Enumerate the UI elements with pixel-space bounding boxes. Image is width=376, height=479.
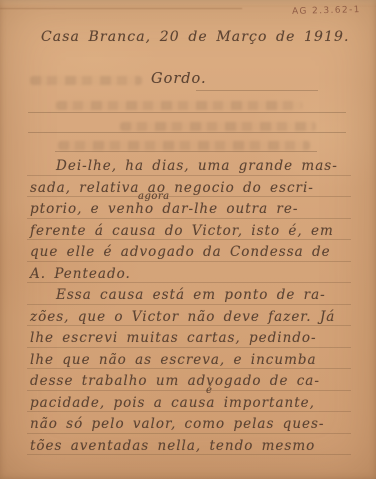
ruled-line: [28, 132, 346, 133]
erased-text-smudge: [120, 122, 316, 131]
handwritten-line: tões aventadas nella, tendo mesmo: [30, 436, 349, 458]
handwritten-line: desse trabalho um advogado de ca-: [30, 371, 349, 393]
handwritten-line: que elle é advogado da Condessa de: [30, 242, 349, 264]
line-text: Dei-lhe, ha dias, uma grande mas-: [56, 158, 338, 174]
handwritten-line: Dei-lhe, ha dias, uma grande mas-: [30, 156, 349, 178]
line-text: zões, que o Victor não deve fazer. Já: [30, 309, 335, 325]
archive-reference-annotation: AG 2.3.62-1: [292, 5, 361, 17]
handwritten-line: lhe que não as escreva, e incumba: [30, 350, 349, 372]
handwritten-letter-page: AG 2.3.62-1 Casa Branca, 20 de Março de …: [0, 0, 376, 479]
line-text: Essa causa está em ponto de ra-: [56, 287, 326, 303]
erased-text-smudge: [58, 141, 310, 150]
erased-text-smudge: [30, 76, 142, 85]
line-text: que elle é advogado da Condessa de: [30, 244, 331, 260]
interline-insertion-e: é: [206, 386, 212, 396]
handwritten-line: ferente á causa do Victor, isto é, em: [30, 221, 349, 243]
line-text: pacidade, pois a causa importante,: [30, 395, 315, 411]
line-text: A. Penteado.: [30, 266, 131, 282]
handwritten-line: zões, que o Victor não deve fazer. Já: [30, 307, 349, 329]
line-text: lhe escrevi muitas cartas, pedindo-: [30, 330, 317, 346]
paper-crease: [0, 8, 242, 9]
erased-text-smudge: [56, 101, 302, 110]
dateline: Casa Branca, 20 de Março de 1919.: [41, 29, 350, 45]
line-text: ptorio, e venho dar-lhe outra re-: [30, 201, 298, 217]
ruled-line: [28, 112, 346, 113]
salutation: Gordo.: [151, 71, 207, 87]
handwritten-line: pacidade, pois a causa importante, é: [30, 393, 349, 415]
handwritten-line: A. Penteado.: [30, 264, 349, 286]
handwritten-line: sada, relativa ao negocio do escri-: [30, 178, 349, 200]
letter-body: Dei-lhe, ha dias, uma grande mas- sada, …: [30, 156, 349, 457]
interline-insertion-agora: agora: [138, 192, 170, 202]
line-text: ferente á causa do Victor, isto é, em: [30, 223, 334, 239]
ruled-line: [196, 90, 318, 91]
handwritten-line: Essa causa está em ponto de ra-: [30, 285, 349, 307]
line-text: lhe que não as escreva, e incumba: [30, 352, 317, 368]
line-text: tões aventadas nella, tendo mesmo: [30, 438, 315, 454]
ruled-line: [55, 151, 317, 152]
handwritten-line: ptorio, e venho dar-lhe outra re- agora: [30, 199, 349, 221]
line-text: desse trabalho um advogado de ca-: [30, 373, 320, 389]
handwritten-line: não só pelo valor, como pelas ques-: [30, 414, 349, 436]
line-text: sada, relativa ao negocio do escri-: [30, 180, 314, 196]
handwritten-line: lhe escrevi muitas cartas, pedindo-: [30, 328, 349, 350]
line-text: não só pelo valor, como pelas ques-: [30, 416, 325, 432]
